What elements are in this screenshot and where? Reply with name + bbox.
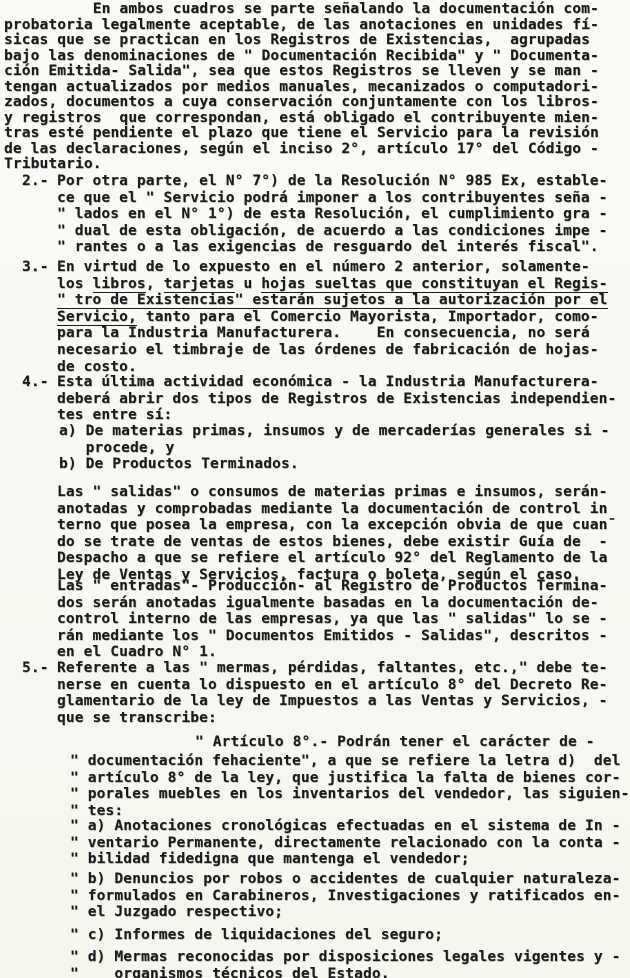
item-5: 5.- Referente a las " mermas, pérdidas, …: [57, 660, 608, 726]
item-5-body: Referente a las " mermas, pérdidas, falt…: [57, 660, 608, 726]
articulo-8-heading: " Artículo 8°.- Podrán tener el carácter…: [195, 734, 595, 751]
item-3: 3.- En virtud de lo expuesto en el númer…: [57, 259, 608, 375]
item-4-subitem-b: b) De Productos Terminados.: [59, 456, 299, 473]
item-4-subitem-a: a) De materias primas, insumos y de merc…: [59, 423, 610, 456]
item-4: 4.- Esta última actividad económica - la…: [57, 374, 616, 424]
intro-paragraph: En ambos cuadros se parte señalando la d…: [4, 2, 599, 173]
item-5-number: 5.-: [22, 660, 49, 677]
scanned-document-page: En ambos cuadros se parte señalando la d…: [0, 0, 630, 978]
paragraph-entradas: Las " entradas"- Producción- al Registro…: [57, 578, 608, 661]
quote-letter-a: " a) Anotaciones cronológicas efectuadas…: [70, 818, 621, 868]
quote-intro: " documentación fehaciente", a que se re…: [70, 753, 629, 819]
item-4-body: Esta última actividad económica - la Ind…: [57, 374, 616, 424]
item-3-body: En virtud de lo expuesto en el número 2 …: [57, 259, 608, 375]
item-2-body: Por otra parte, el N° 7°) de la Resoluci…: [57, 173, 608, 256]
quote-letter-b: " b) Denuncios por robos o accidentes de…: [70, 871, 621, 921]
item-4-number: 4.-: [22, 374, 49, 391]
paragraph-salidas: Las " salidas" o consumos de materias pr…: [57, 484, 616, 584]
quote-letter-c: " c) Informes de liquidaciones del segur…: [70, 927, 443, 944]
item-3-number: 3.-: [22, 259, 49, 276]
quote-letter-d: " d) Mermas reconocidas por disposicione…: [70, 949, 621, 978]
item-2-number: 2.-: [22, 173, 49, 190]
item-2: 2.- Por otra parte, el N° 7°) de la Reso…: [57, 173, 608, 256]
